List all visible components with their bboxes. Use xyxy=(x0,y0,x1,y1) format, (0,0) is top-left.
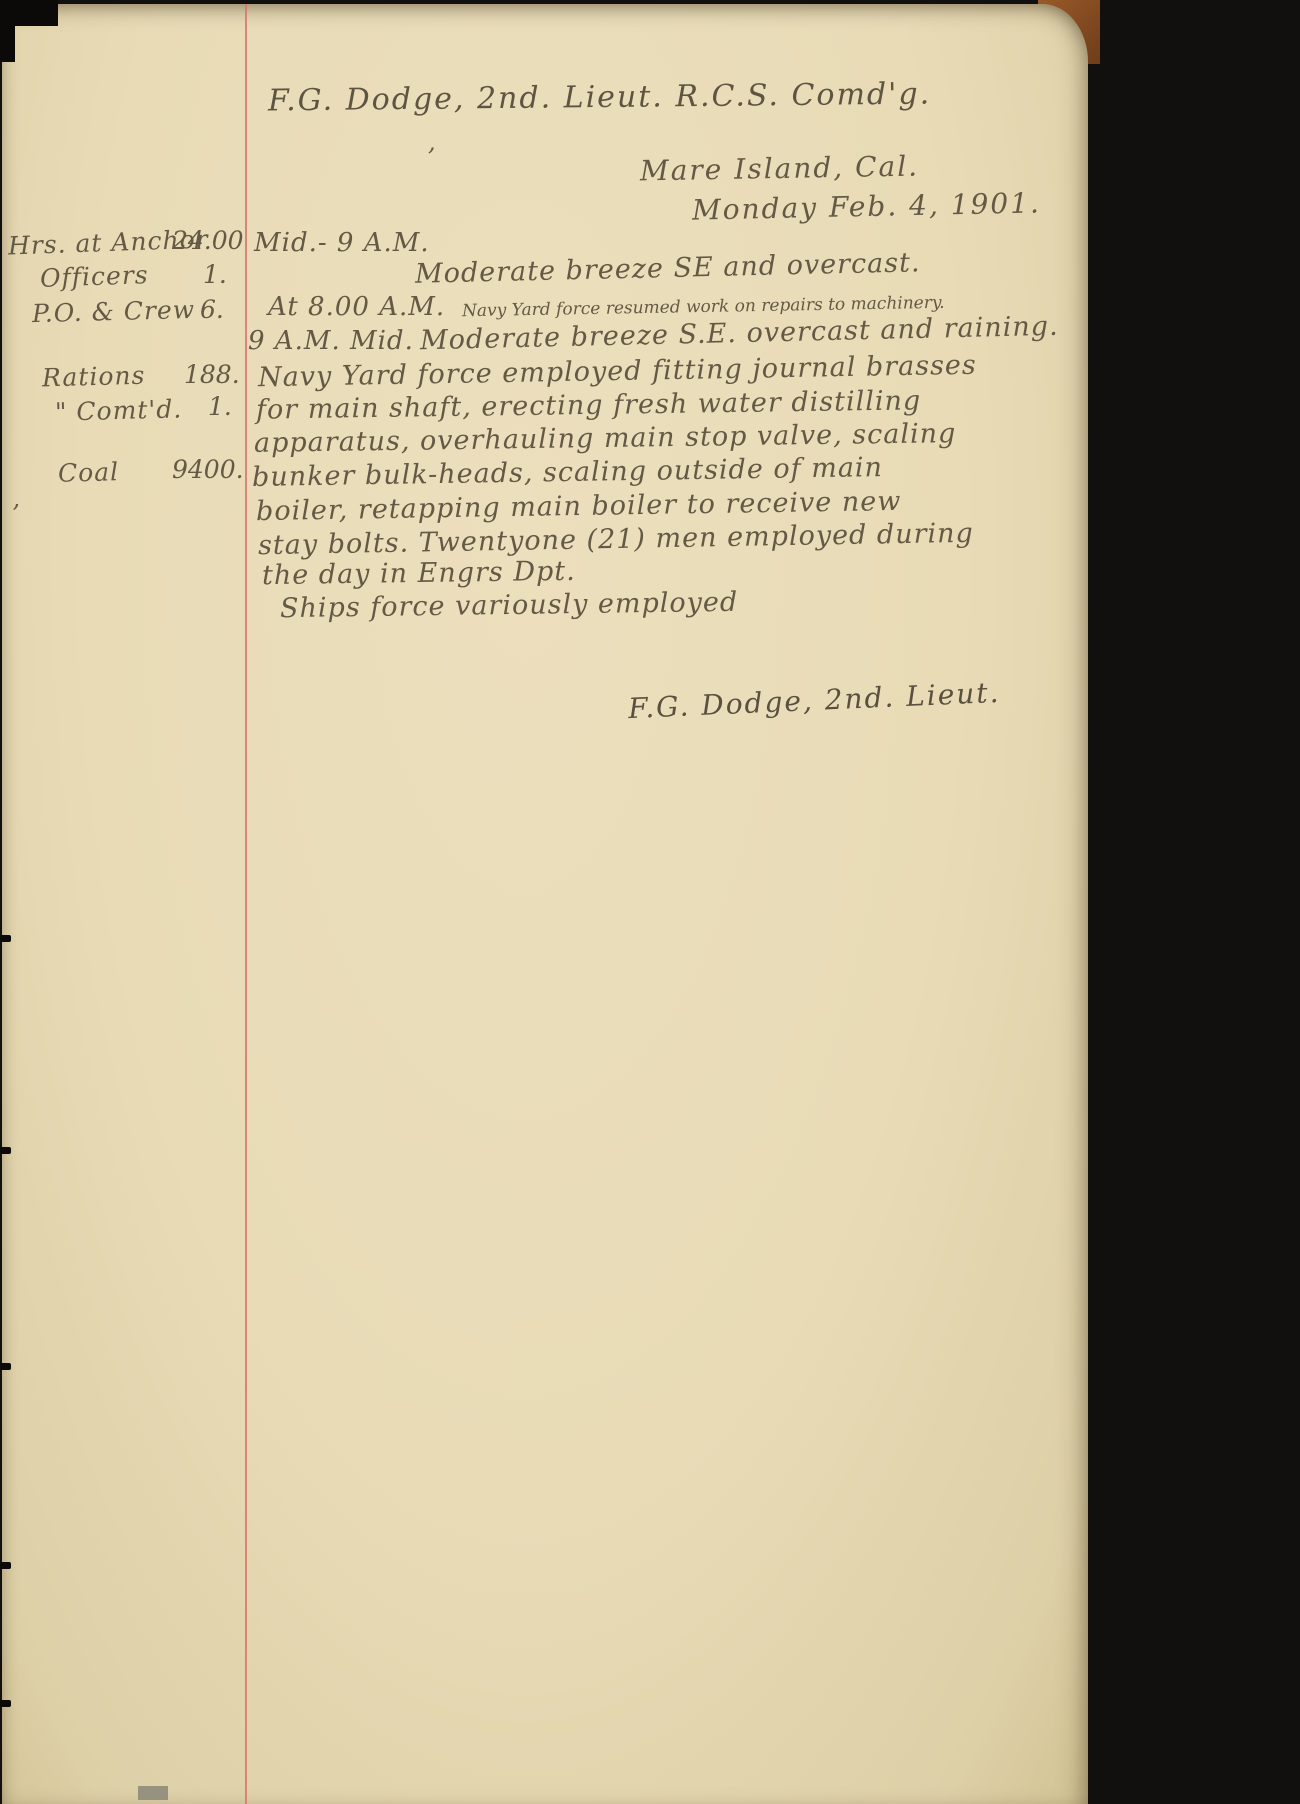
binding-corner-mark xyxy=(0,0,58,26)
margin-value-hrs-at-anchor: 24.00 xyxy=(172,226,244,255)
logbook-scan: F.G. Dodge, 2nd. Lieut. R.C.S. Comd'g. ,… xyxy=(0,0,1300,1804)
commanding-officer-line: F.G. Dodge, 2nd. Lieut. R.C.S. Comd'g. xyxy=(268,77,931,119)
binding-stitch xyxy=(0,1363,11,1370)
stray-ink-mark: ’ xyxy=(12,500,20,528)
margin-value-coal: 9400. xyxy=(172,455,244,484)
binding-stitch xyxy=(0,935,11,942)
watch1-entry-time: At 8.00 A.M. xyxy=(268,292,445,322)
margin-rule-line xyxy=(245,4,247,1804)
log-body-line: Ships force variously employed xyxy=(280,587,739,624)
margin-value-officers: 1. xyxy=(203,260,227,289)
binding-stitch xyxy=(0,1147,11,1154)
binding-corner-mark-2 xyxy=(0,26,15,62)
page-bottom-mark xyxy=(138,1786,168,1800)
margin-value-rations-commuted: 1. xyxy=(208,392,232,421)
margin-label-rations: Rations xyxy=(42,361,146,393)
stray-ink-mark: , xyxy=(428,128,436,156)
margin-label-officers: Officers xyxy=(40,260,150,293)
place-line: Mare Island, Cal. xyxy=(640,150,920,188)
margin-label-po-and-crew: P.O. & Crew xyxy=(32,295,196,328)
watch2-heading: 9 A.M. Mid. xyxy=(248,326,414,356)
binding-stitch xyxy=(0,1700,11,1707)
binding-stitch xyxy=(0,1562,11,1569)
margin-label-rations-commuted: " Comt'd. xyxy=(55,394,183,426)
watch1-heading: Mid.- 9 A.M. xyxy=(254,228,430,258)
margin-value-po-and-crew: 6. xyxy=(200,295,224,324)
log-body-line: the day in Engrs Dpt. xyxy=(262,556,576,591)
margin-label-coal: Coal xyxy=(58,457,120,488)
margin-value-rations: 188. xyxy=(184,360,240,389)
